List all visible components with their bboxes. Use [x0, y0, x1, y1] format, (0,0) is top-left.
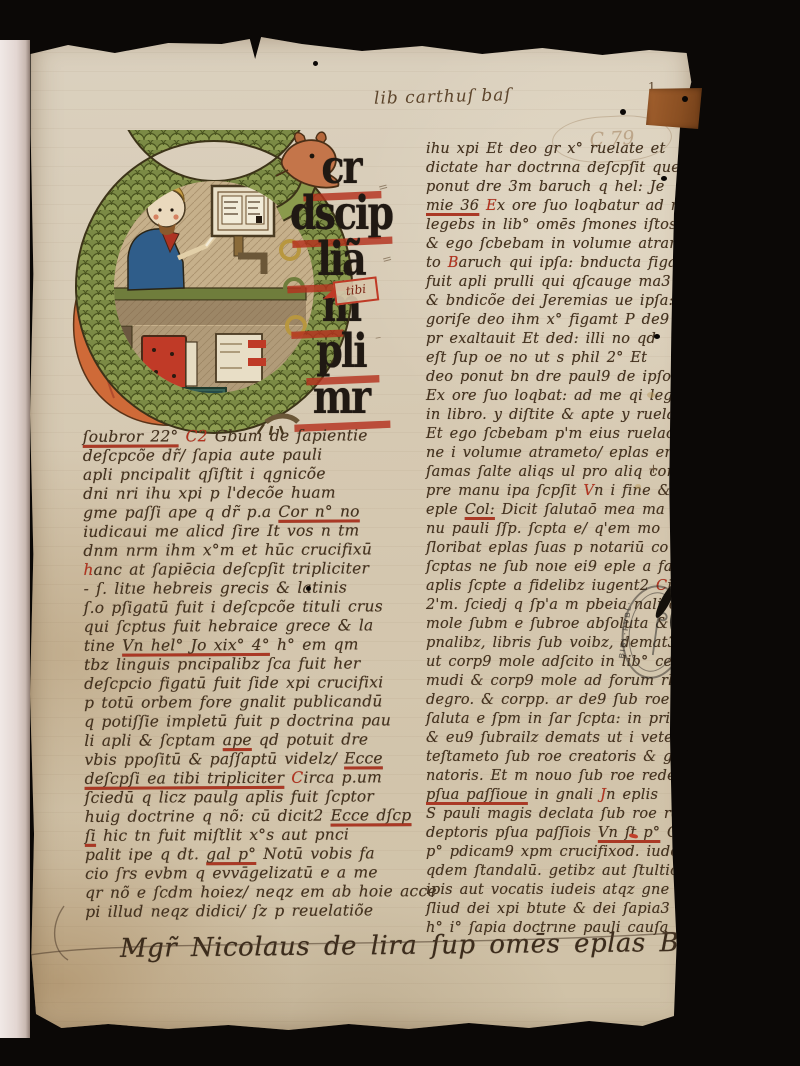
manuscript-line: huig doctrine q nõ: cū dicit2 Ecce dſcp — [85, 806, 421, 827]
manuscript-line: apli pncipalit qſiſtit i qgnicõe — [83, 464, 419, 485]
stain-speck — [647, 392, 655, 398]
photo-background: lib carthuſ baſ C 79 1 — [0, 0, 800, 1066]
manuscript-line: & bndicõe dei Jeremias ue ipſa: — [426, 292, 698, 311]
manuscript-line: ipis aut vocatis iudeis atqz gne — [426, 881, 698, 900]
manuscript-line: Et ego ſcbebam p'm eius ruelacio — [426, 425, 698, 444]
worm-hole — [313, 61, 318, 66]
manuscript-line: qdem ſtandalū. getibz aut ſtulticia — [426, 862, 698, 881]
manuscript-line: S pauli magis declata ſub roe re — [426, 805, 698, 824]
manuscript-line: dictate har doctrına deſcpſit querel — [426, 159, 698, 178]
manuscript-line: vbis ppoſitū & paſſaptū videlz/ Ecce — [84, 749, 420, 770]
manuscript-line: deptoris pſua paſſiois Vn ſt p° Cor — [426, 824, 698, 843]
worm-hole — [654, 334, 660, 339]
manuscript-line: cio ſrs evbm q evvāgelizatū e a me — [85, 863, 421, 884]
manuscript-line: & ego ſcbebam in volumıe atrama — [426, 235, 698, 254]
manuscript-line: hanc at ſapiēcia deſcpſit tripliciter — [83, 559, 419, 580]
worm-hole — [661, 176, 667, 181]
manuscript-line: in libro. y diſtite & apte y ruelado — [426, 406, 698, 425]
manuscript-line: legebs in lib° omēs ſmones iſtos — [426, 216, 698, 235]
manuscript-line: palit ipe q dt. gal p° Notū vobis fa — [85, 844, 421, 865]
manuscript-line: teſtameto ſub roe creatoris & guber — [426, 748, 698, 767]
manuscript-line: pr exaltauit Et ded: illi no qd — [426, 330, 698, 349]
manuscript-line: qr nõ e ſcdm hoiez/ neqz em ab hoie acce — [85, 882, 421, 903]
manuscript-line: pre manu ipa ſcpſit Vn i fine &c — [426, 482, 698, 501]
manuscript-line: pſua paſſioue in gnali Jn eplis — [426, 786, 698, 805]
manuscript-line: to Baruch qui ipſa: bnducta figa — [426, 254, 698, 273]
manuscript-line: ne i volumıe atrameto/ eplas em — [426, 444, 698, 463]
stain-speck — [635, 484, 641, 489]
manuscript-line: degro. & corpp. ar de9 ſub roe ab — [426, 691, 698, 710]
manuscript-line: ſaluta e ſpm in ſar ſcpta: in pribz — [426, 710, 698, 729]
manuscript-line: dnm nrm ihm x°m et hūc crucifixū — [83, 540, 419, 561]
manuscript-line: ſliud dei xpi btute & dei ſapia3 — [426, 900, 698, 919]
manuscript-line: Ex ore ſuo loqbat: ad me qi legens — [426, 387, 698, 406]
manuscript-line: tbz linguis pncipalibz ſca fuit her — [84, 654, 420, 675]
left-text-column: ſoubror 22° C2 Gbum de ſapientiedeſcpcõe… — [83, 426, 422, 922]
manuscript-line: gme paſſi ape q dr̃ p.a Cor n° no — [83, 502, 419, 523]
manuscript-line: dni nri ihu xpi p l'decõe huam — [83, 483, 419, 504]
manuscript-line: ſcptas ne ſub noıe ei9 eple a falſp — [426, 558, 698, 577]
manuscript-line: mie 36 Ex ore ſuo loqbatur ad me — [426, 197, 698, 216]
rubric-line: mr — [284, 369, 398, 425]
manuscript-line: deſcpcõe dr̃/ ſapia aute pauli — [83, 445, 419, 466]
manuscript-line: nu pauli ſſp. ſcpta e/ q'em mo — [426, 520, 698, 539]
manuscript-line: goriſe deo ihm x° figamt P de9 — [426, 311, 698, 330]
fore-edge-tab — [646, 88, 702, 129]
manuscript-line: deſcpcio figatū fuit ſide xpi crucifixi — [84, 673, 420, 694]
shelf-band — [106, 301, 306, 325]
explicit-line: Mgr̃ Nicolaus de lira ſup omēs eplas Bti… — [120, 926, 800, 964]
manuscript-line: eſt ſup oe no ut s phil 2° Et — [426, 349, 698, 368]
manuscript-line: fuit apli prulli qui qſcauge ma3 — [426, 273, 698, 292]
manuscript-line: tine Vn hel° Jo xix° 4° h° em qm — [84, 635, 420, 656]
facing-page-edge — [0, 40, 30, 1038]
manuscript-line: eple Col: Dicit ſalutaō mea ma — [426, 501, 698, 520]
ink-blot — [665, 587, 708, 643]
manuscript-line: ihu xpi Et deo gr x° ruelate et — [426, 140, 698, 159]
manuscript-line: iudicaui me alicd ſire It vos n tm — [83, 521, 419, 542]
manuscript-line: natoris. Et m nouo ſub roe redeptoris — [426, 767, 698, 786]
manuscript-line: deſcpſi ea tibi tripliciter Circa p.um — [84, 768, 420, 789]
header-inscription: lib carthuſ baſ — [374, 85, 512, 109]
manuscript-line: qui ſcptus fuit hebraice grece & la — [84, 616, 420, 637]
manuscript-line: pi illud neqz didici/ ſz p reuelatiõe — [85, 901, 421, 922]
plus-mark: + — [648, 462, 659, 477]
manuscript-line: ponut dre 3m baruch q hel: Je — [426, 178, 698, 197]
tab-hole — [682, 96, 688, 102]
manuscript-line: ſi hic tn fuit miſtlit x°s aut pnci — [85, 825, 421, 846]
manuscript-line: & eu9 ſubrailz demats ut i veteri — [426, 729, 698, 748]
manuscript-line: - ſ. litıe hebreis grecis & latinis — [84, 578, 420, 599]
worm-hole — [306, 586, 311, 591]
library-stamp: BIBL·PVBL· BASILEENSIS — [616, 581, 692, 683]
manuscript-line: li apli & ſcptam ape qd potuit dre — [84, 730, 420, 751]
worm-hole — [620, 109, 626, 115]
manuscript-line: p° pdicam9 xpm crucifixod. iudeis — [426, 843, 698, 862]
manuscript-line: ſciedū q licz paulg aplis fuit ſcptor — [85, 787, 421, 808]
manuscript-line: deo ponut bn dre paul9 de ipſo — [426, 368, 698, 387]
manuscript-page: lib carthuſ baſ C 79 1 — [28, 34, 696, 1034]
manuscript-line: ſ.o pſigatū fuit i deſcpcõe tituli crus — [84, 597, 420, 618]
manuscript-line: p totū orbem fore gnalit publicandū — [84, 692, 420, 713]
manuscript-line: ſoubror 22° C2 Gbum de ſapientie — [83, 426, 419, 447]
right-text-column: ihu xpi Et deo gr x° ruelate etdictate h… — [426, 140, 698, 938]
manuscript-line: q potiſſie impletū fuit p doctrina pau — [84, 711, 420, 732]
manuscript-line: ſloribat eplas ſuas p notariū co — [426, 539, 698, 558]
